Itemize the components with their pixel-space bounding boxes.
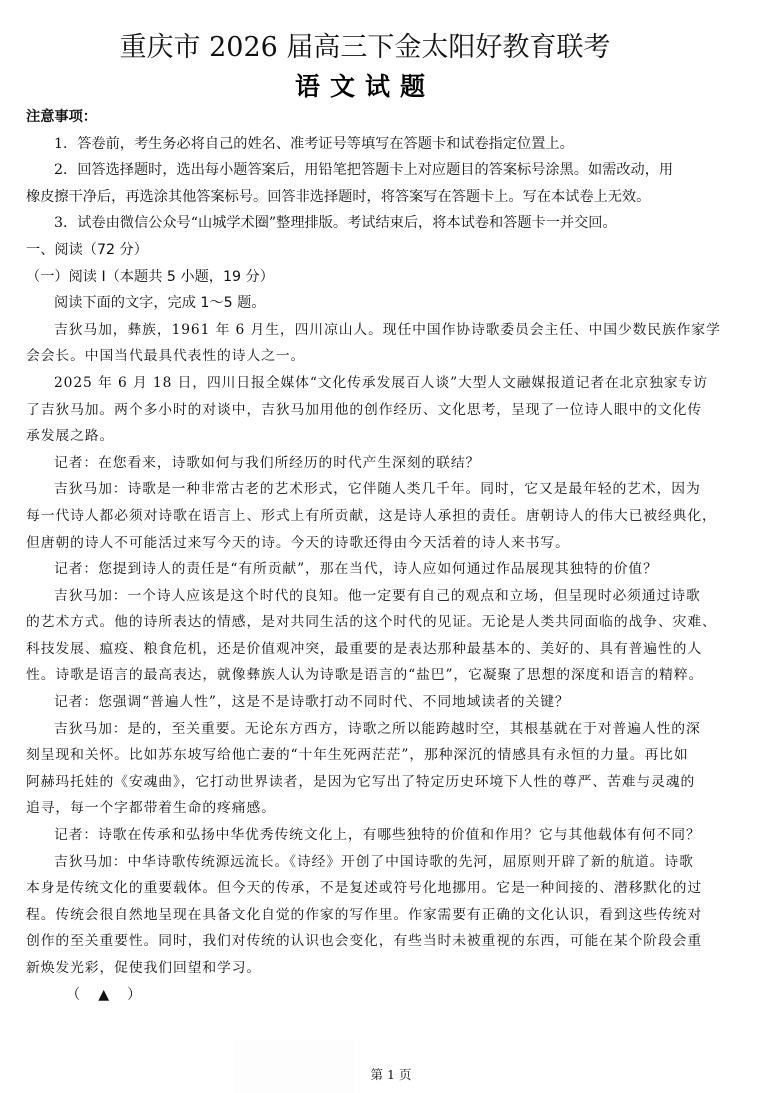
triangle-marker-icon: ▲	[98, 987, 127, 1003]
passage-line: 新焕发光彩，促使我们回望和学习。	[26, 955, 706, 982]
passage-line: 会会长。中国当代最具代表性的诗人之一。	[26, 343, 706, 370]
exam-content: 注意事项： 1．答卷前，考生务必将自己的姓名、准考证号等填写在答题卡和试卷指定位…	[26, 104, 706, 1008]
passage-line: 记者：诗歌在传承和弘扬中华优秀传统文化上，有哪些独特的价值和作用？它与其他载体有…	[26, 822, 706, 849]
passage-line: 阿赫玛托娃的《安魂曲》，它打动世界读者，是因为它写出了特定历史环境下人性的尊严、…	[26, 769, 706, 796]
passage-line: 科技发展、瘟疫、粮食危机，还是价值观冲突，最重要的是表达那种最基本的、美好的、具…	[26, 636, 706, 663]
page-label-prefix: 第	[369, 1067, 386, 1082]
exam-title: 重庆市 2026 届高三下金太阳好教育联考	[0, 30, 730, 66]
passage-line: 记者：您提到诗人的责任是“有所贡献”，那在当代，诗人应如何通过作品展现其独特的价…	[26, 556, 706, 583]
page-number: 1	[385, 1067, 397, 1082]
page-footer: 第1页	[0, 1065, 782, 1083]
passage-line: 吉狄马加，彝族，1961 年 6 月生，四川凉山人。现任中国作协诗歌委员会主任、…	[26, 317, 706, 344]
passage-line: 吉狄马加：中华诗歌传统源远流长。《诗经》开创了中国诗歌的先河，屈原则开辟了新的航…	[26, 849, 706, 876]
passage-line: 程。传统会很自然地呈现在具备文化自觉的作家的写作里。作家需要有正确的文化认识，看…	[26, 902, 706, 929]
subsection-heading: （一）阅读 I（本题共 5 小题，19 分）	[26, 264, 706, 291]
passage-line: 本身是传统文化的重要载体。但今天的传承，不是复述或符号化地挪用。它是一种间接的、…	[26, 875, 706, 902]
passage-line: 了吉狄马加。两个多小时的对谈中，吉狄马加用他的创作经历、文化思考，呈现了一位诗人…	[26, 397, 706, 424]
passage-line: 刻呈现和关怀。比如苏东坡写给他亡妻的“十年生死两茫茫”，那种深沉的情感具有永恒的…	[26, 742, 706, 769]
reading-passage: 吉狄马加，彝族，1961 年 6 月生，四川凉山人。现任中国作协诗歌委员会主任、…	[26, 317, 706, 982]
passage-line: 创作的至关重要性。同时，我们对传统的认识也会变化，有些当时未被重视的东西，可能在…	[26, 928, 706, 955]
answer-placeholder: （▲）	[26, 982, 706, 1009]
passage-line: 吉狄马加：诗歌是一种非常古老的艺术形式，它伴随人类几千年。同时，它又是最年轻的艺…	[26, 476, 706, 503]
notice-item-1: 1．答卷前，考生务必将自己的姓名、准考证号等填写在答题卡和试卷指定位置上。	[26, 131, 706, 158]
open-paren: （	[66, 987, 98, 1003]
passage-line: 2025 年 6 月 18 日，四川日报全媒体“文化传承发展百人谈”大型人文融媒…	[26, 370, 706, 397]
passage-line: 追寻，每一个字都带着生命的疼痛感。	[26, 795, 706, 822]
reading-instruction: 阅读下面的文字，完成 1～5 题。	[26, 290, 706, 317]
exam-page: 重庆市 2026 届高三下金太阳好教育联考 语文试题 注意事项： 1．答卷前，考…	[0, 0, 782, 1093]
passage-line: 吉狄马加：是的，至关重要。无论东方西方，诗歌之所以能跨越时空，其根基就在于对普遍…	[26, 716, 706, 743]
passage-line: 吉狄马加：一个诗人应该是这个时代的良知。他一定要有自己的观点和立场，但呈现时必须…	[26, 583, 706, 610]
close-paren: ）	[127, 987, 159, 1003]
notice-item-2: 2．回答选择题时，选出每小题答案后，用铅笔把答题卡上对应题目的答案标号涂黑。如需…	[26, 157, 706, 184]
passage-line: 的艺术方式。他的诗所表达的情感，是对共同生活的这个时代的见证。无论是人类共同面临…	[26, 609, 706, 636]
passage-line: 每一代诗人都必须对诗歌在语言上、形式上有所贡献，这是诗人承担的责任。唐朝诗人的伟…	[26, 503, 706, 530]
exam-subject-title: 语文试题	[0, 70, 730, 104]
passage-line: 承发展之路。	[26, 423, 706, 450]
passage-line: 记者：在您看来，诗歌如何与我们所经历的时代产生深刻的联结？	[26, 450, 706, 477]
section-heading: 一、阅读（72 分）	[26, 237, 706, 264]
page-label-suffix: 页	[397, 1067, 414, 1082]
notice-item-3: 3．试卷由微信公众号“山城学术圈”整理排版。考试结束后，将本试卷和答题卡一并交回…	[26, 210, 706, 237]
passage-line: 性。诗歌是语言的最高表达，就像彝族人认为诗歌是语言的“盐巴”，它凝聚了思想的深度…	[26, 662, 706, 689]
passage-line: 但唐朝的诗人不可能活过来写今天的诗。今天的诗歌还得由今天活着的诗人来书写。	[26, 530, 706, 557]
passage-line: 记者：您强调“普遍人性”，这是不是诗歌打动不同时代、不同地域读者的关键？	[26, 689, 706, 716]
notice-heading: 注意事项：	[26, 104, 706, 131]
notice-item-2-continued: 橡皮擦干净后，再选涂其他答案标号。回答非选择题时，将答案写在答题卡上。写在本试卷…	[26, 184, 706, 211]
